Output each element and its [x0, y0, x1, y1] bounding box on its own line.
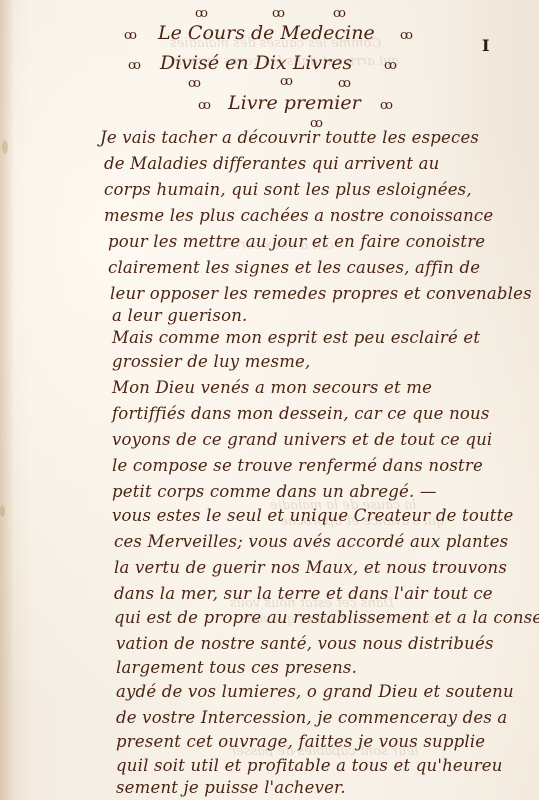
body-line: la vertu de guerir nos Maux, et nous tro… [114, 558, 507, 577]
body-line: Je vais tacher a découvrir toutte les es… [100, 128, 479, 147]
ornament-flourish: ꝏ [338, 76, 350, 91]
body-line: mesme les plus cachées a nostre conoissa… [104, 206, 493, 225]
ornament-flourish: ꝏ [384, 58, 396, 73]
body-line: petit corps comme dans un abregé. — [112, 482, 437, 501]
ornament-flourish: ꝏ [400, 28, 412, 43]
ornament-flourish: ꝏ [124, 28, 136, 43]
body-line: dans la mer, sur la terre et dans l'air … [114, 584, 493, 603]
body-line: de vostre Intercession, je commenceray d… [116, 708, 507, 727]
body-line: sement je puisse l'achever. [116, 778, 346, 797]
ornament-flourish: ꝏ [195, 6, 207, 21]
body-line: pour les mettre au jour et en faire cono… [108, 232, 485, 251]
body-line: corps humain, qui sont les plus esloigné… [104, 180, 472, 199]
body-line: clairement les signes et les causes, aff… [108, 258, 480, 277]
body-line: present cet ouvrage, faittes je vous sup… [116, 732, 485, 751]
ornament-flourish: ꝏ [128, 58, 140, 73]
paper-stain [0, 505, 5, 517]
ornament-flourish: ꝏ [188, 76, 200, 91]
heading-subtitle: Divisé en Dix Livres [160, 52, 352, 74]
heading-title: Le Cours de Medecine [158, 22, 375, 44]
ornament-flourish: ꝏ [333, 6, 345, 21]
body-line: grossier de luy mesme, [112, 352, 310, 371]
body-line: Mais comme mon esprit est peu esclairé e… [112, 328, 480, 347]
page-edge-shadow [0, 0, 14, 800]
body-line: ces Merveilles; vous avés accordé aux pl… [114, 532, 508, 551]
body-line: aydé de vos lumieres, o grand Dieu et so… [116, 682, 514, 701]
body-line: qui est de propre au restablissement et … [114, 608, 539, 627]
body-line: leur opposer les remedes propres et conv… [110, 284, 532, 303]
body-line: Mon Dieu venés a mon secours et me [112, 378, 432, 397]
body-line: vation de nostre santé, vous nous distri… [116, 634, 494, 653]
body-line: voyons de ce grand univers et de tout ce… [112, 430, 492, 449]
body-line: de Maladies differantes qui arrivent au [104, 154, 439, 173]
body-line: fortiffiés dans mon dessein, car ce que … [112, 404, 490, 423]
manuscript-page: Comme les causes des maladies qui arrive… [0, 0, 539, 800]
body-line: largement tous ces presens. [116, 658, 357, 677]
folio-number: I [482, 36, 489, 55]
ornament-flourish: ꝏ [380, 98, 392, 113]
body-line: a leur guerison. [112, 306, 247, 325]
heading-book: Livre premier [228, 92, 361, 114]
paper-stain [2, 140, 8, 154]
body-line: quil soit util et profitable a tous et q… [116, 756, 503, 775]
ornament-flourish: ꝏ [280, 74, 292, 89]
body-line: le compose se trouve renfermé dans nostr… [112, 456, 483, 475]
body-line: vous estes le seul et unique Createur de… [112, 506, 513, 525]
ornament-flourish: ꝏ [272, 6, 284, 21]
ornament-flourish: ꝏ [198, 98, 210, 113]
